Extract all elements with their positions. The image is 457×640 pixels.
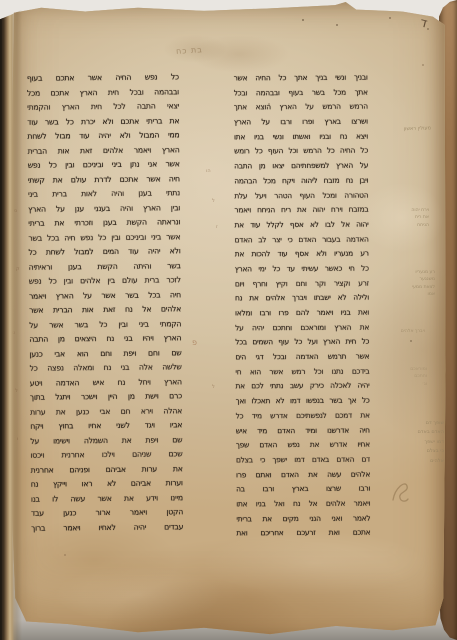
- text-line: את ערות אביהם ופניהם אחרנית: [31, 462, 183, 478]
- text-line: ונראתה הקשת בענן וזכרתי את בריתי: [28, 215, 180, 231]
- marginal-note-line: וג׳: [389, 381, 427, 388]
- text-line: האדמה בעבור האדם כי יצר לב האדם: [235, 232, 369, 248]
- text-line: מיינו וידע את אשר עשה לו בנו: [31, 491, 183, 507]
- text-line: נתתי בענן והיה לאות ברית ביני: [28, 186, 180, 202]
- marginal-note: ומוראכםוחתכםוג׳: [389, 366, 427, 388]
- text-line: אשר תרמש האדמה ובכל דגי הים: [235, 350, 369, 366]
- text-line: עבדים יהיה לאחיו ויאמר ברוך: [31, 520, 183, 536]
- text-line: ויאמר אלהים אל נח ואל בניו אתו: [236, 497, 370, 513]
- text-line: אלהים אל נח זאת אות הברית אשר: [29, 302, 181, 318]
- marginal-note-line: אלהים: [396, 457, 444, 466]
- text-line: ואת בניו ויאמר להם פרו ורבו ומלאו: [235, 306, 369, 322]
- text-line: כל חית הארץ ועל כל עוף השמים בכל: [235, 335, 369, 351]
- text-line: הארץ ויאמר אלהים זאת אות הברית: [27, 143, 179, 159]
- marginal-note: ויברך אלהים: [381, 328, 425, 335]
- text-line: כל חי כאשר עשיתי עד כל ימי הארץ: [235, 262, 369, 278]
- text-line: אהלה וירא חם אבי כנען את ערות: [30, 404, 182, 420]
- text-line: הארץ ויחל נח איש האדמה ויטע: [30, 375, 182, 391]
- text-line: כרם וישת מן היין וישכר ויתגל בתוך: [30, 389, 182, 405]
- text-line: בידכם נתנו וכל רמש אשר הוא חי: [235, 364, 369, 380]
- text-line: אחיו אדרש את נפש האדם שפך: [236, 438, 370, 454]
- text-line: על הארץ למשפחתיהם יצאו מן התבה: [234, 159, 368, 175]
- text-line: ובבהמה ובכל חית הארץ אתכם מכל: [27, 85, 179, 101]
- text-line: אשר אני נתן ביני וביניכם ובין כל נפש: [28, 157, 180, 173]
- text-line: לאמר ואני הנני מקים את בריתי: [236, 511, 370, 527]
- text-line: וערות אביהם לא ראו וייקץ נח: [31, 476, 183, 492]
- text-line: שם וחם ויפת וחם הוא אבי כנען: [29, 346, 181, 362]
- text-line: הטהורה ומכל העוף הטהר ויעל עלת: [234, 188, 368, 204]
- text-line: כל אך בשר בנפשו דמו לא תאכלו ואך: [236, 394, 370, 410]
- scribal-correction-mark: פ: [192, 338, 197, 347]
- text-line: אביו ויגד לשני אחיו בחוץ ויקח: [30, 418, 182, 434]
- text-line: את בריתי אתכם ולא יכרת כל בשר עוד: [27, 114, 179, 130]
- text-line: חיה אשר אתכם לדרת עולם את קשתי: [28, 172, 180, 188]
- marginal-note: שופך דםהאדם באדםדמו ישפךכי בצלםאלהים: [396, 419, 444, 466]
- text-line: זרע וקציר וקר וחם וקיץ וחרף ויום: [235, 276, 369, 292]
- marginal-note-line: ויברך אלהים: [381, 328, 425, 335]
- manuscript-photo: { "page": { "folio_mark": "ד", "header_n…: [0, 0, 457, 640]
- scribal-correction-mark: הו: [206, 168, 211, 174]
- marginal-note-line: ומוראכם: [389, 366, 427, 373]
- marginal-note: וירח יהוהאת ריחהניחח: [393, 207, 429, 229]
- text-line: ולילה לא ישבתו ויברך אלהים את נח: [235, 291, 369, 307]
- scribal-flourish: [390, 478, 412, 508]
- text-line: חיה אדרשנו ומיד האדם מיד איש: [236, 423, 370, 439]
- text-line: רע מנעריו ולא אסף עוד להכות את: [235, 247, 369, 263]
- marginal-note-line: שופך דם: [396, 419, 444, 428]
- ink-specks: [6, 2, 8, 4]
- text-line: אלהים עשה את האדם ואתם פרו: [236, 467, 370, 483]
- text-line: יצאי התבה לכל חית הארץ והקמתי: [27, 99, 179, 115]
- marginal-note-line: מעולין ראשון: [387, 125, 431, 134]
- text-column-left: כל נפש החיה אשר אתכם בעוףובבהמה ובכל חית…: [27, 70, 183, 535]
- text-line: יהיה לאכלה כירק עשב נתתי לכם את: [235, 379, 369, 395]
- text-line: את דמכם לנפשתיכם אדרש מיד כל: [236, 408, 370, 424]
- flourish-curl-icon: [390, 478, 412, 508]
- scribal-correction-mark: ל: [212, 198, 215, 204]
- folio-mark: ד: [418, 15, 429, 31]
- marginal-note-line: האדם באדם: [396, 428, 444, 437]
- text-line: הקמתי ביני ובין כל בשר אשר על: [29, 317, 181, 333]
- marginal-note-line: משננער: [395, 276, 435, 283]
- parchment-page: ד בת כח ובניך ונשי בניך אתך כל החיה אשרא…: [6, 2, 446, 636]
- marginal-note-line: וירח יהוה: [393, 207, 429, 214]
- text-line: אתכם ואת זרעכם אחריכם ואת: [236, 526, 370, 542]
- text-line: הקטן ויאמר ארור כנען עבד: [31, 505, 183, 521]
- marginal-note-line: לצאת ממעי: [395, 284, 435, 291]
- marginal-note-line: את ריח: [393, 214, 429, 221]
- text-line: ממי המבול ולא יהיה עוד מבול לשחת: [27, 128, 179, 144]
- text-line: דם האדם באדם דמו ישפך כי בצלם: [236, 452, 370, 468]
- marginal-note-top: מעולין ראשון: [387, 125, 431, 134]
- marginal-note: רע מנעריומשננערלצאת ממעיאמו: [395, 269, 435, 299]
- scribal-correction-mark: ז: [216, 224, 218, 230]
- marginal-note-line: וחתכם: [389, 373, 427, 380]
- text-line: שלשה אלה בני נח ומאלה נפצה כל: [30, 360, 182, 376]
- text-line: בשר והיתה הקשת בענן וראיתיה: [29, 259, 181, 275]
- marginal-note-line: רע מנעריו: [395, 269, 435, 276]
- text-line: ויבן נח מזבח ליהוה ויקח מכל הבהמה: [234, 173, 368, 189]
- marginal-note-line: אמו: [395, 291, 435, 298]
- text-line: שם ויפת את השמלה וישימו על: [30, 433, 182, 449]
- text-line: כל נפש החיה אשר אתכם בעוף: [27, 70, 179, 86]
- binding-gutter: [0, 0, 22, 640]
- text-line: את הארץ ומוראכם וחתכם יהיה על: [235, 320, 369, 336]
- text-line: אשר ביני וביניכם ובין כל נפש חיה בכל בשר: [28, 230, 180, 246]
- text-line: ויצא נח ובניו ואשתו ונשי בניו אתו: [234, 129, 368, 145]
- text-line: הרמש הרמש על הארץ הוצא אתך: [234, 100, 368, 116]
- marginal-note-line: דמו ישפך: [396, 438, 444, 447]
- text-line: ושרצו בארץ ופרו ורבו על הארץ: [234, 115, 368, 131]
- text-column-right: ובניך ונשי בניך אתך כל החיה אשראתך מכל ב…: [234, 71, 371, 542]
- text-line: ולא יהיה עוד המים למבול לשחת כל: [28, 244, 180, 260]
- marginal-note-line: כי בצלם: [396, 447, 444, 456]
- text-line: אתך מכל בשר בעוף ובבהמה ובכל: [234, 85, 368, 101]
- text-line: במזבח וירח יהוה את ריח הניחח ויאמר: [234, 203, 368, 219]
- text-line: שכם שניהם וילכו אחרנית ויכסו: [30, 447, 182, 463]
- text-line: יהוה אל לבו לא אסף לקלל עוד את: [234, 217, 368, 233]
- text-line: חיה בכל בשר אשר על הארץ ויאמר: [29, 288, 181, 304]
- text-line: כל החיה כל הרמש וכל העוף כל רומש: [234, 144, 368, 160]
- text-line: לזכר ברית עולם בין אלהים ובין כל נפש: [29, 273, 181, 289]
- header-note: בת כח: [176, 45, 203, 56]
- text-line: ובניך ונשי בניך אתך כל החיה אשר: [234, 71, 368, 87]
- text-line: ורבו שרצו בארץ ורבו בה: [236, 482, 370, 498]
- text-line: הארץ ויהיו בני נח היצאים מן התבה: [29, 331, 181, 347]
- marginal-note-line: הניחח: [393, 222, 429, 229]
- scribal-correction-mark: ל: [212, 384, 215, 390]
- text-line: ובין הארץ והיה בענני ענן על הארץ: [28, 201, 180, 217]
